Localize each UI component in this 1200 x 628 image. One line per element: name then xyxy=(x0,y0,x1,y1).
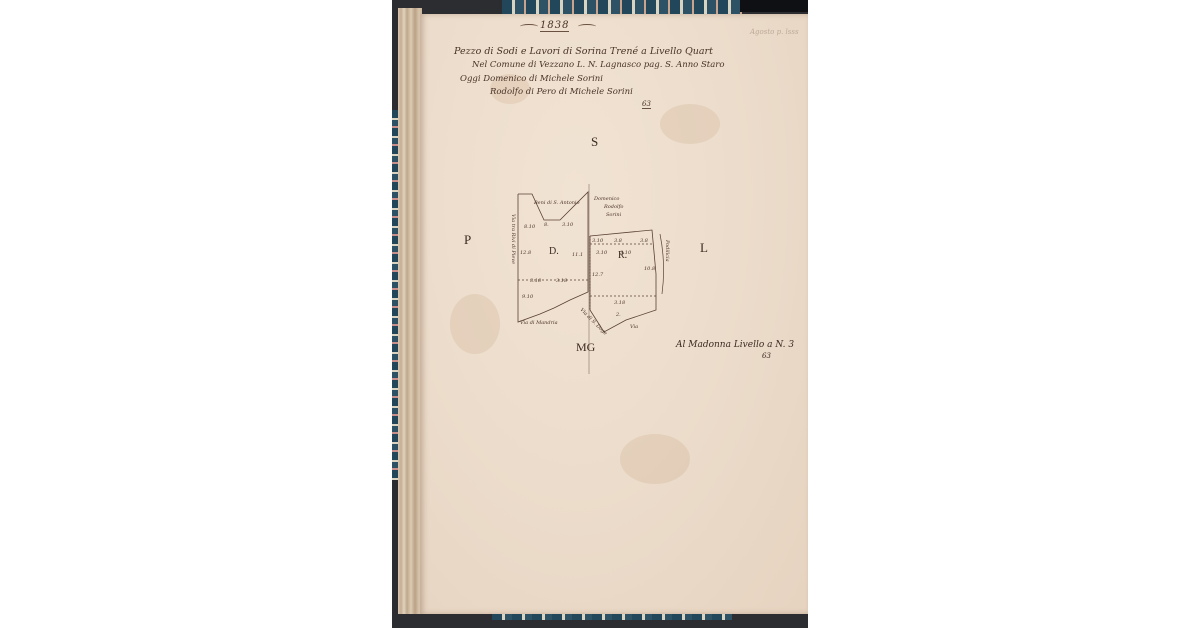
svg-text:Domenico: Domenico xyxy=(593,196,619,202)
svg-text:8.10: 8.10 xyxy=(524,224,536,230)
svg-text:Rodolfo: Rodolfo xyxy=(603,204,623,210)
scanned-book-page: 1838 Agosto p. lsss Pezzo di Sodi e Lavo… xyxy=(392,0,808,628)
svg-text:11.1: 11.1 xyxy=(572,252,583,258)
svg-text:3.18: 3.18 xyxy=(614,300,625,306)
plot-label-d: D. xyxy=(549,246,559,257)
scan-dark-corner xyxy=(740,0,808,12)
svg-text:10.8: 10.8 xyxy=(644,266,655,272)
svg-text:3.10: 3.10 xyxy=(562,222,574,228)
svg-text:Sorini: Sorini xyxy=(606,212,622,218)
svg-text:9.10: 9.10 xyxy=(522,294,534,300)
bottom-annotation-number: 63 xyxy=(762,352,771,360)
bottom-annotation: Al Madonna Livello a N. 3 xyxy=(676,340,794,350)
manuscript-page: 1838 Agosto p. lsss Pezzo di Sodi e Lavo… xyxy=(420,14,808,614)
svg-text:2.: 2. xyxy=(615,312,621,318)
svg-text:12.8: 12.8 xyxy=(520,250,531,256)
svg-text:Beni di S. Antonio: Beni di S. Antonio xyxy=(533,200,580,206)
page-stack-edges xyxy=(398,8,422,614)
plot-label-r: R. xyxy=(618,250,627,261)
svg-text:3.10: 3.10 xyxy=(592,238,604,244)
svg-text:Podilicia: Podilicia xyxy=(664,239,670,262)
svg-text:3.8: 3.8 xyxy=(640,238,648,244)
svg-text:12.7: 12.7 xyxy=(592,272,604,278)
svg-text:3.10: 3.10 xyxy=(596,250,608,256)
svg-text:3.18: 3.18 xyxy=(556,278,567,284)
plot-map-drawing: Beni di S. Antonio Domenico Rodolfo Sori… xyxy=(420,14,808,614)
svg-text:Via di S. Doge: Via di S. Doge xyxy=(579,307,609,337)
svg-text:3.8: 3.8 xyxy=(614,238,622,244)
svg-text:3.18: 3.18 xyxy=(530,278,541,284)
svg-text:Via: Via xyxy=(630,324,638,330)
svg-text:Via di Mandria: Via di Mandria xyxy=(520,320,558,326)
svg-text:Via tra Rivi di Pieve: Via tra Rivi di Pieve xyxy=(510,214,516,264)
svg-text:8.: 8. xyxy=(544,222,549,228)
